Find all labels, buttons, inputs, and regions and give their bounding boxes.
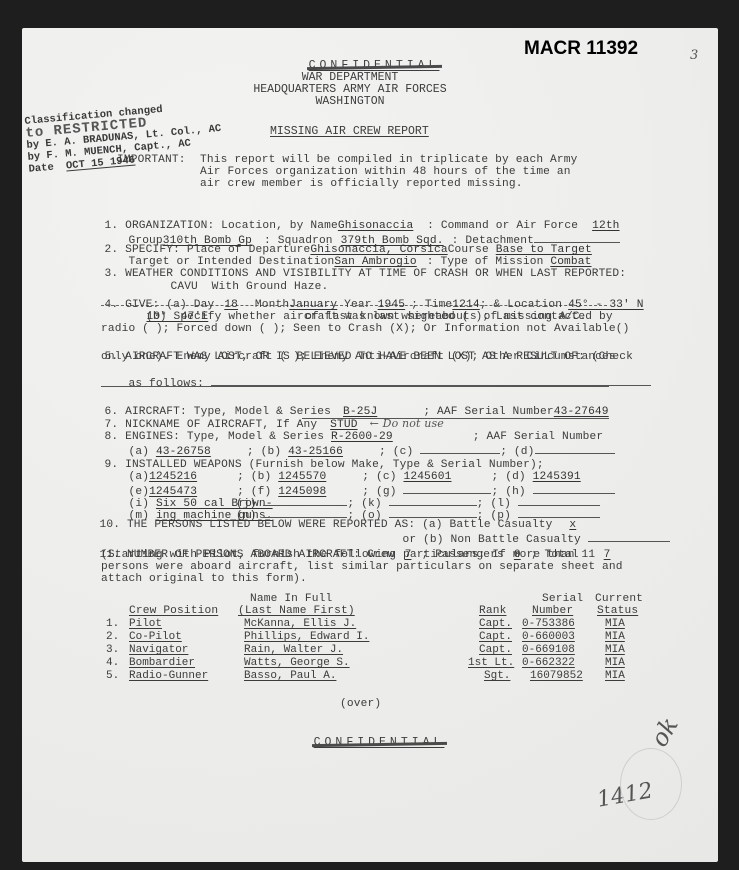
table-row: 1. Pilot McKanna, Ellis J. Capt. 0-75338… (22, 618, 718, 631)
crew-name: Rain, Walter J. (244, 644, 343, 656)
page-title: MISSING AIR CREW REPORT (270, 126, 429, 138)
engine-d-field (535, 443, 615, 454)
item-5-line-2: only one). Enemy Aircraft ( ); Enemy Ant… (101, 351, 616, 363)
crew-position: Radio-Gunner (129, 670, 208, 682)
table-row: 3. Navigator Rain, Walter J. Capt. 0-669… (22, 644, 718, 657)
classification-bottom-text: CONFIDENTIAL (314, 736, 445, 749)
crew-status: MIA (605, 644, 625, 656)
item-number: 10. (99, 519, 120, 531)
item-11-note-1: (Starting with Pilot, furnish the follow… (101, 549, 595, 561)
aircraft-serial-field: 43-27649 (554, 406, 609, 418)
crew-name: Watts, George S. (244, 657, 350, 669)
header-name-top: Name In Full (250, 593, 332, 605)
crew-status: MIA (605, 670, 625, 682)
crew-name: McKanna, Ellis J. (244, 618, 356, 630)
header-status-bottom: Status (597, 605, 638, 617)
crew-position: Pilot (129, 618, 162, 630)
crew-serial: 0-669108 (522, 644, 575, 656)
item-4-line-3: (b) Specify whether aircraft was last si… (146, 311, 613, 323)
circumstances-line-2 (101, 386, 609, 387)
row-number: 4. (106, 657, 119, 669)
crew-status: MIA (605, 657, 625, 669)
crew-position: Navigator (129, 644, 188, 656)
classification-bottom: CONFIDENTIAL (270, 725, 444, 761)
table-row: 4. Bombardier Watts, George S. 1st Lt. 0… (22, 657, 718, 670)
crew-serial: 0-753386 (522, 618, 575, 630)
crew-rank: Capt. (479, 618, 512, 630)
header-name-bottom: (Last Name First) (238, 605, 355, 617)
over-note: (over) (340, 698, 381, 710)
row-number: 1. (106, 618, 119, 630)
stamp-date-label: Date (28, 162, 54, 176)
header-rank: Rank (479, 605, 506, 617)
crew-serial: 0-660003 (522, 631, 575, 643)
crew-serial: 16079852 (530, 670, 583, 682)
header-city: WASHINGTON (250, 96, 450, 108)
item-11-note-3: attach original to this form). (101, 573, 307, 585)
important-line-3: air crew member is officially reported m… (200, 178, 523, 190)
item-4-line-4: radio ( ); Forced down ( ); Seen to Cras… (101, 323, 630, 335)
important-line-1: This report will be compiled in triplica… (200, 154, 578, 166)
crew-status: MIA (605, 618, 625, 630)
crew-rank: Capt. (479, 644, 512, 656)
corner-mark: 3 (690, 48, 698, 63)
header-status-top: Current (595, 593, 643, 605)
table-row: 5. Radio-Gunner Basso, Paul A. Sgt. 1607… (22, 670, 718, 683)
label: as follows: (128, 378, 204, 390)
macr-label: MACR 11392 (524, 38, 638, 60)
header-serial-bottom: Number (532, 605, 573, 617)
crew-position: Bombardier (129, 657, 195, 669)
crew-rank: Capt. (479, 631, 512, 643)
crew-rank: Sgt. (484, 670, 510, 682)
faded-circle-mark (620, 748, 682, 820)
crew-serial: 0-662322 (522, 657, 575, 669)
crew-position: Co-Pilot (129, 631, 182, 643)
row-number: 3. (106, 644, 119, 656)
row-number: 2. (106, 631, 119, 643)
row-number: 5. (106, 670, 119, 682)
table-row: 2. Co-Pilot Phillips, Edward I. Capt. 0-… (22, 631, 718, 644)
document-page: CONFIDENTIAL MACR 11392 3 WAR DEPARTMENT… (22, 28, 718, 862)
crew-status: MIA (605, 631, 625, 643)
item-11-note-2: persons were aboard aircraft, list simil… (101, 561, 623, 573)
header-serial-top: Serial (542, 593, 583, 605)
important-label: IMPORTANT: (117, 154, 186, 166)
crew-rank: 1st Lt. (468, 657, 514, 669)
crew-name: Phillips, Edward I. (244, 631, 369, 643)
crew-name: Basso, Paul A. (244, 670, 336, 682)
circumstances-field (211, 375, 651, 386)
important-line-2: Air Forces organization within 48 hours … (200, 166, 571, 178)
handwritten-initials: ok (645, 712, 684, 751)
header-position: Crew Position (129, 605, 218, 617)
